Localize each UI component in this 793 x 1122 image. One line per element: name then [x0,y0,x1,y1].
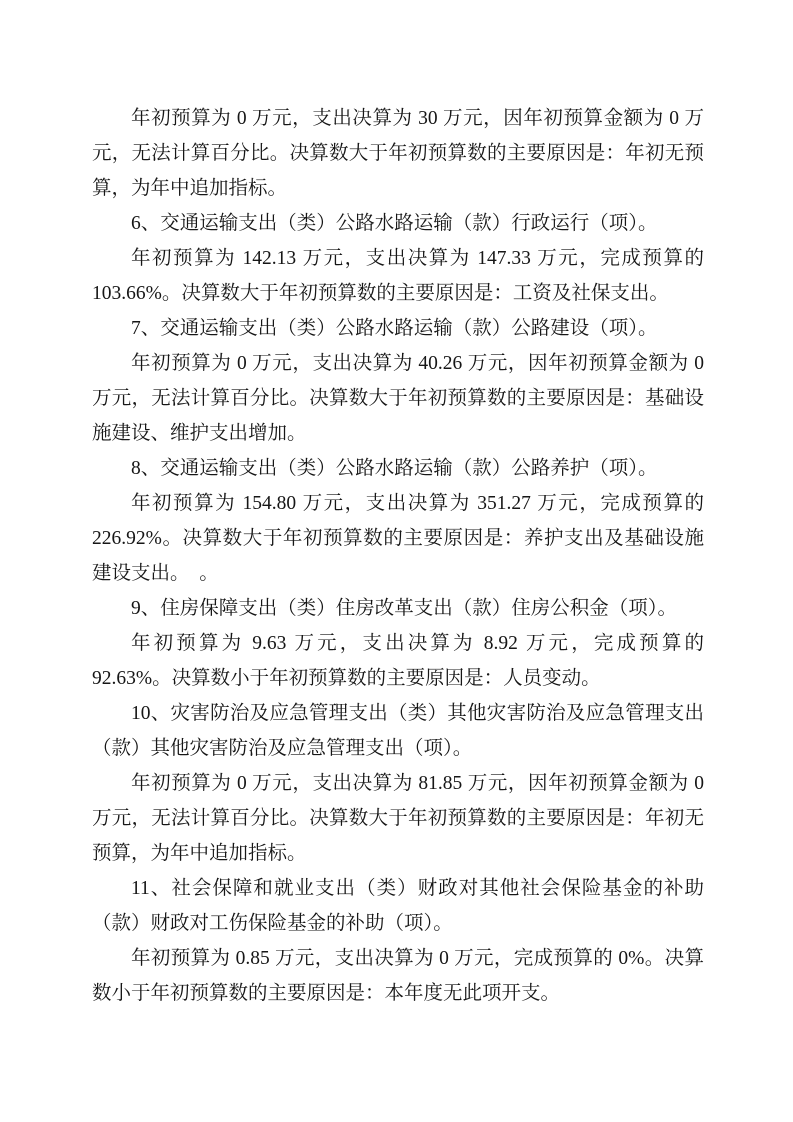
item-5-note-paragraph: 年初预算为 0 万元，支出决算为 30 万元，因年初预算金额为 0 万元，无法计… [92,101,704,206]
item-11-heading: 11、社会保障和就业支出（类）财政对其他社会保险基金的补助（款）财政对工伤保险基… [92,871,704,941]
item-8-heading: 8、交通运输支出（类）公路水路运输（款）公路养护（项）。 [92,451,704,486]
text-content: 年初预算为 0 万元，支出决算为 30 万元，因年初预算金额为 0 万元，无法计… [92,101,704,1011]
item-6-heading: 6、交通运输支出（类）公路水路运输（款）行政运行（项）。 [92,206,704,241]
item-6-note-paragraph: 年初预算为 142.13 万元，支出决算为 147.33 万元，完成预算的 10… [92,241,704,311]
item-11-note-paragraph: 年初预算为 0.85 万元，支出决算为 0 万元，完成预算的 0%。决算数小于年… [92,941,704,1011]
item-8-note-paragraph: 年初预算为 154.80 万元，支出决算为 351.27 万元，完成预算的 22… [92,486,704,591]
item-7-heading: 7、交通运输支出（类）公路水路运输（款）公路建设（项）。 [92,311,704,346]
item-7-note-paragraph: 年初预算为 0 万元，支出决算为 40.26 万元，因年初预算金额为 0 万元，… [92,346,704,451]
item-9-note-paragraph: 年初预算为 9.63 万元，支出决算为 8.92 万元，完成预算的 92.63%… [92,626,704,696]
item-10-heading: 10、灾害防治及应急管理支出（类）其他灾害防治及应急管理支出（款）其他灾害防治及… [92,696,704,766]
item-9-heading: 9、住房保障支出（类）住房改革支出（款）住房公积金（项）。 [92,591,704,626]
item-10-note-paragraph: 年初预算为 0 万元，支出决算为 81.85 万元，因年初预算金额为 0 万元，… [92,766,704,871]
document-page: 年初预算为 0 万元，支出决算为 30 万元，因年初预算金额为 0 万元，无法计… [0,0,793,1122]
